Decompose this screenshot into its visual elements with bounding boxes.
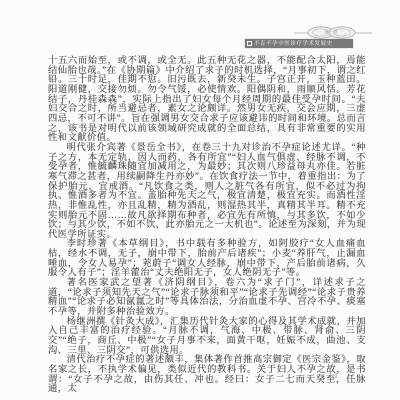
paragraph: 李时珍著《本草纲目》，书中载有多种验方，如阿胶疗“女人血痛血枯，经水不调，无子，… [48,240,366,279]
paragraph: 杨继洲撰《针灸大成》，汇集历代针灸大家的心得及其学术成就，并加入自己丰富的治疗经… [48,318,366,357]
chapter-cloud-decoration: 第一章 [294,25,372,40]
paragraph: 十五六而始至，或不调，或全无。此五种无花之器，不能配合太阳，焉能结仙胎也哉。”在… [48,57,366,144]
page-number-left-mark: 〉 [318,373,325,380]
chapter-label: 第一章 [320,29,342,36]
page-number-right-mark: 〈 [343,373,350,380]
running-head-title: 不育不孕中医诊疗学术发展史 [254,41,333,47]
page-number: 11 [328,372,340,380]
body-text: 十五六而始至，或不调，或全无。此五种无花之器，不能配合太阳，焉能结仙胎也哉。”在… [48,57,366,395]
page-footer: 〉 11 〈 [318,371,350,381]
paragraph: 著名医家武之望著《济阴纲目》，卷六为“求子门”，详述求子之道，“论求子须知先天之… [48,279,366,318]
chapter-badge-icon [247,41,252,46]
paragraph: 明代张介宾著《景岳全书》，在卷三十九对诊治不孕症论述尤详。“种子之方，本无定轨，… [48,144,366,241]
header-title-bar: 不育不孕中医诊疗学术发展史 [245,39,353,48]
book-page: 第一章 不育不孕中医诊疗学术发展史 十五六而始至，或不调，或全无。此五种无花之器… [0,0,400,400]
